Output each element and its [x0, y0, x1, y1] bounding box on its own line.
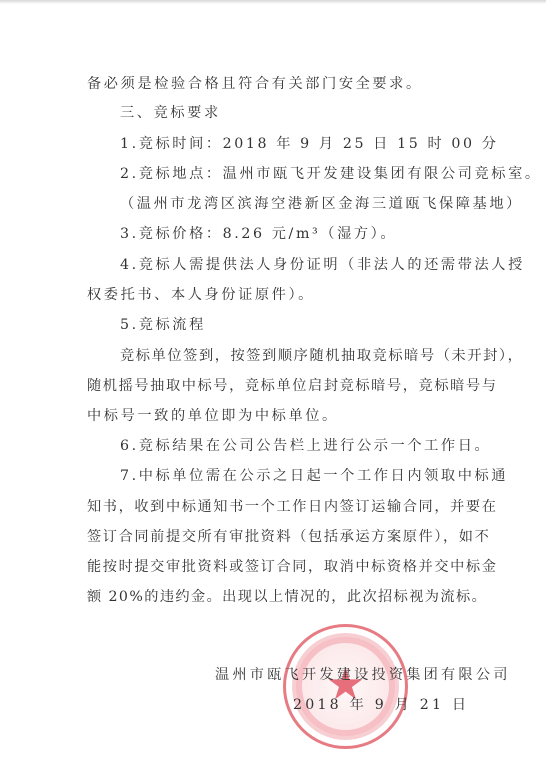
paragraph-line: 随机摇号抽取中标号，竞标单位启封竞标暗号，竞标暗号与 — [87, 376, 497, 396]
paragraph-line: 6.竞标结果在公司公告栏上进行公示一个工作日。 — [120, 436, 491, 456]
paragraph-line: 额 20%的违约金。出现以上情况的，此次招标视为流标。 — [87, 587, 487, 607]
paragraph-line: 权委托书、本人身份证原件）。 — [87, 285, 315, 305]
paragraph-line: 能按时提交审批资料或签订合同，取消中标资格并交中标金 — [87, 557, 497, 577]
paragraph-line: 竞标单位签到，按签到顺序随机抽取竞标暗号（未开封）， — [120, 346, 523, 366]
paragraph-line: 4.竞标人需提供法人身份证明（非法人的还需带法人授 — [120, 255, 525, 275]
signature-date: 2018 年 9 月 21 日 — [293, 694, 469, 714]
paragraph-line: 中标号一致的单位即为中标单位。 — [87, 406, 339, 426]
bid-time: 1.竞标时间：2018 年 9 月 25 日 15 时 00 分 — [120, 134, 499, 154]
section-heading: 三、竞标要求 — [120, 103, 221, 123]
company-seal: ★ — [283, 624, 408, 749]
paragraph-line: 签订合同前提交所有审批资料（包括承运方案原件），如不 — [87, 527, 490, 547]
signature-company: 温州市瓯飞开发建设投资集团有限公司 — [215, 664, 511, 684]
bid-price: 3.竞标价格：8.26 元/m³（湿方）。 — [120, 224, 397, 244]
process-heading: 5.竞标流程 — [120, 315, 206, 335]
paragraph-line: 备必须是检验合格且符合有关部门安全要求。 — [87, 74, 423, 94]
paragraph-line: 知书，收到中标通知书一个工作日内签订运输合同，并要在 — [87, 497, 497, 517]
document-page: 备必须是检验合格且符合有关部门安全要求。 三、竞标要求 1.竞标时间：2018 … — [0, 0, 546, 780]
bid-location: 2.竞标地点：温州市瓯飞开发建设集团有限公司竞标室。 — [120, 164, 542, 184]
bid-address: （温州市龙湾区滨海空港新区金海三道瓯飞保障基地） — [120, 194, 523, 214]
paragraph-line: 7.中标单位需在公示之日起一个工作日内领取中标通 — [120, 466, 508, 486]
